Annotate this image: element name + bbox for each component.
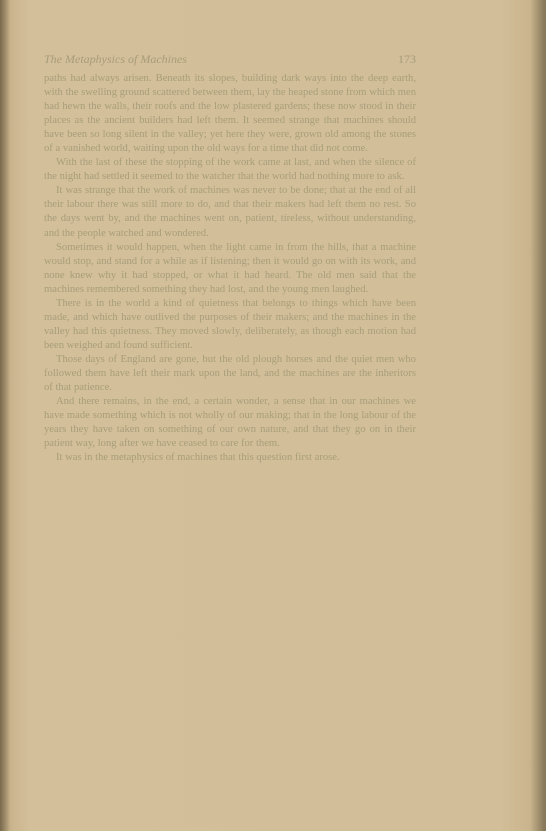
paragraph: paths had always arisen. Beneath its slo…: [44, 72, 416, 156]
running-title: The Metaphysics of Machines: [44, 52, 187, 67]
page-header: The Metaphysics of Machines 173: [44, 52, 416, 67]
paragraph: It was strange that the work of machines…: [44, 184, 416, 240]
book-page: The Metaphysics of Machines 173 paths ha…: [0, 0, 546, 831]
paragraph: And there remains, in the end, a certain…: [44, 395, 416, 451]
body-text: paths had always arisen. Beneath its slo…: [44, 72, 416, 465]
paragraph: With the last of these the stopping of t…: [44, 156, 416, 184]
page-number: 173: [398, 52, 416, 67]
paragraph: There is in the world a kind of quietnes…: [44, 297, 416, 353]
paragraph: Those days of England are gone, but the …: [44, 353, 416, 395]
paragraph: It was in the metaphysics of machines th…: [44, 451, 416, 465]
paragraph: Sometimes it would happen, when the ligh…: [44, 241, 416, 297]
book-spine-shadow: [0, 0, 10, 831]
